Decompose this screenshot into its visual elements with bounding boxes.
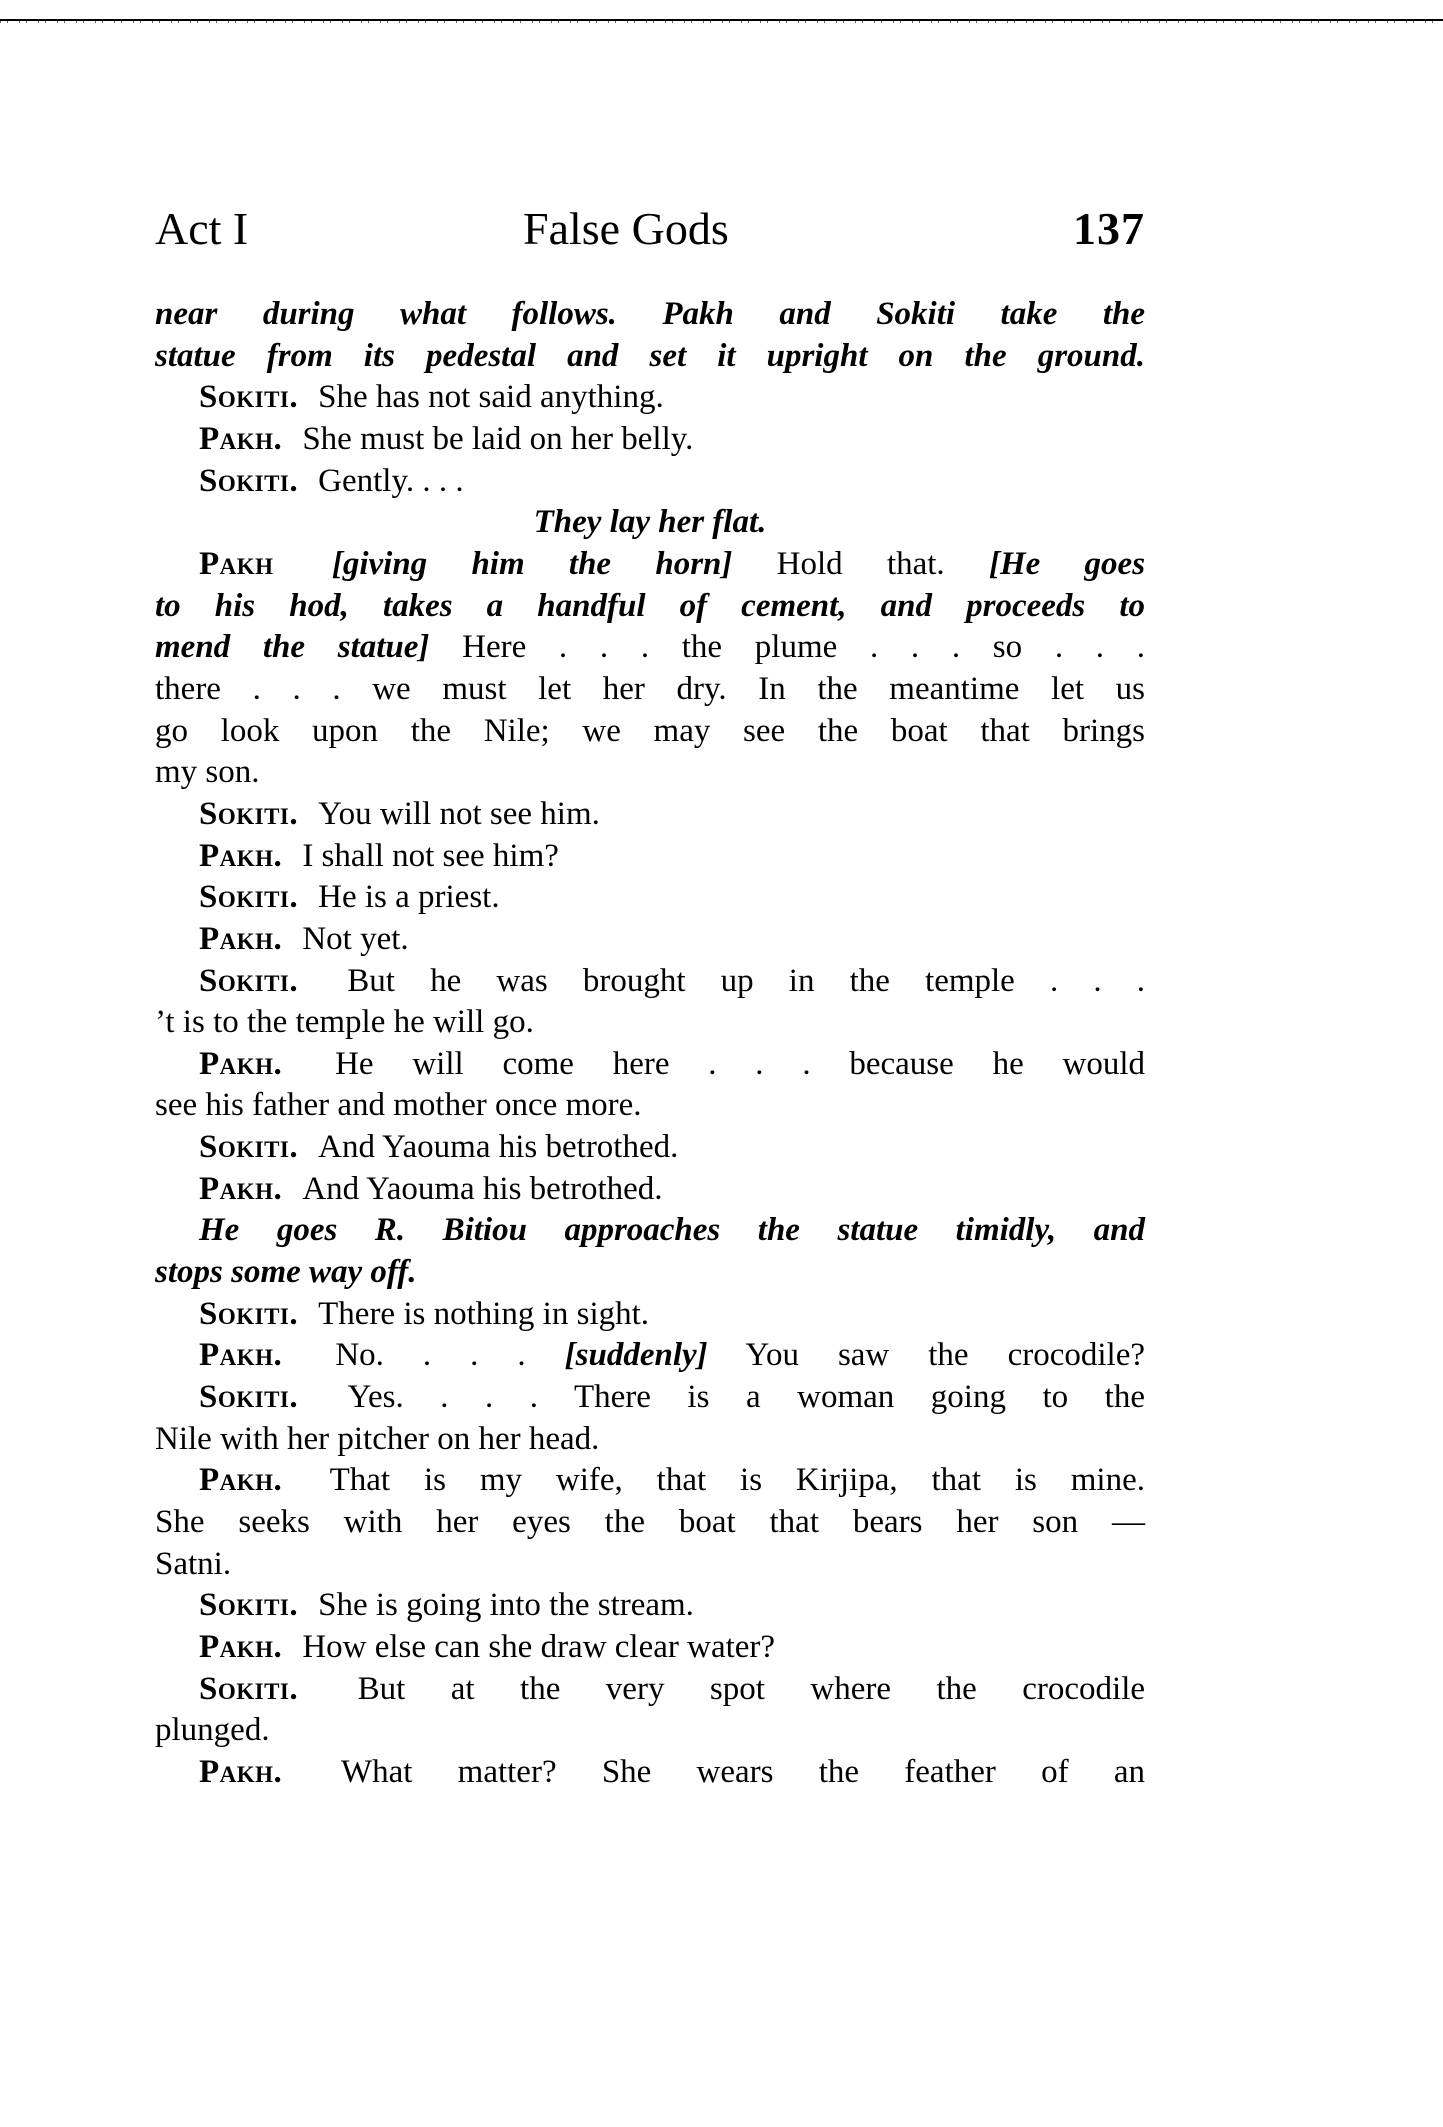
play-text: near during what follows. Pakh and Sokit… <box>155 294 1145 1794</box>
continuation-line: see his father and mother once more. <box>155 1085 1145 1127</box>
continuation-line: my son. <box>155 752 1145 794</box>
centered-stage-direction: They lay her flat. <box>155 502 1145 544</box>
stage-direction-line: stops some way off. <box>155 1252 1145 1294</box>
continuation-line: there . . . we must let her dry. In the … <box>155 669 1145 711</box>
scan-noise <box>0 21 1443 23</box>
dialogue-line: mend the statue] Here . . . the plume . … <box>155 627 1145 669</box>
speech-text: You will not see him. <box>318 796 600 832</box>
dialogue-line: Sokiti.And Yaouma his betrothed. <box>155 1127 1145 1169</box>
continuation-line: She seeks with her eyes the boat that be… <box>155 1502 1145 1544</box>
speaker-name: Sokiti. <box>199 1296 298 1332</box>
speech-text: What matter? She wears the feather of an <box>341 1754 1145 1790</box>
dialogue-line: Sokiti. Yes. . . . There is a woman goin… <box>155 1377 1145 1419</box>
speaker-name: Sokiti. <box>199 796 298 832</box>
dialogue-line: Pakh. He will come here . . . because he… <box>155 1044 1145 1086</box>
speech-text: He will come here . . . because he would <box>335 1046 1145 1082</box>
speech-text: She is going into the stream. <box>318 1587 694 1623</box>
speaker-name: Sokiti. <box>199 1129 298 1165</box>
speaker-name: Pakh. <box>199 1754 282 1790</box>
speaker-name: Sokiti. <box>199 463 298 499</box>
continuation-line: go look upon the Nile; we may see the bo… <box>155 711 1145 753</box>
speech-text: And Yaouma his betrothed. <box>318 1129 678 1165</box>
inline-direction: [suddenly] <box>565 1337 708 1373</box>
dialogue-line: Sokiti. But at the very spot where the c… <box>155 1669 1145 1711</box>
speech-text: Here . . . the plume . . . so . . . <box>462 629 1145 665</box>
inline-direction: mend the statue] <box>155 629 429 665</box>
continuation-line: ’t is to the temple he will go. <box>155 1002 1145 1044</box>
speaker-name: Sokiti. <box>199 879 298 915</box>
continuation-line: plunged. <box>155 1710 1145 1752</box>
dialogue-line: Sokiti. But he was brought up in the tem… <box>155 961 1145 1003</box>
continuation-line: Nile with her pitcher on her head. <box>155 1419 1145 1461</box>
speaker-name: Sokiti. <box>199 963 298 999</box>
speaker-name: Pakh. <box>199 1337 282 1373</box>
dialogue-line: Pakh.I shall not see him? <box>155 836 1145 878</box>
dialogue-line: Sokiti.He is a priest. <box>155 877 1145 919</box>
stage-direction-line: He goes R. Bitiou approaches the statue … <box>155 1210 1145 1252</box>
speech-text: How else can she draw clear water? <box>302 1629 775 1665</box>
speaker-name: Pakh. <box>199 421 282 457</box>
speech-text: And Yaouma his betrothed. <box>302 1171 662 1207</box>
speaker-name: Pakh. <box>199 1171 282 1207</box>
inline-direction: [He goes <box>989 546 1145 582</box>
speech-text: But at the very spot where the crocodile <box>358 1671 1145 1707</box>
dialogue-line: Sokiti.You will not see him. <box>155 794 1145 836</box>
speech-text: Gently. . . . <box>318 463 463 499</box>
dialogue-line: Sokiti.Gently. . . . <box>155 461 1145 503</box>
speaker-name: Sokiti. <box>199 1379 298 1415</box>
speaker-name: Pakh. <box>199 1462 282 1498</box>
speech-text: She must be laid on her belly. <box>302 421 693 457</box>
speaker-name: Pakh <box>199 546 274 582</box>
speech-text: She has not said anything. <box>318 379 664 415</box>
stage-direction-line: statue from its pedestal and set it upri… <box>155 336 1145 378</box>
continuation-line: Satni. <box>155 1544 1145 1586</box>
speech-text: You saw the crocodile? <box>745 1337 1145 1373</box>
speaker-name: Sokiti. <box>199 1671 298 1707</box>
speech-text: There is nothing in sight. <box>318 1296 649 1332</box>
inline-direction: [giving him the horn] <box>332 546 733 582</box>
speech-text: He is a priest. <box>318 879 499 915</box>
speech-text: No. . . . <box>335 1337 525 1373</box>
speech-text: Hold that. <box>777 546 945 582</box>
dialogue-line: Sokiti.She has not said anything. <box>155 377 1145 419</box>
speaker-name: Pakh. <box>199 1046 282 1082</box>
dialogue-line: Pakh.She must be laid on her belly. <box>155 419 1145 461</box>
speech-text: But he was brought up in the temple . . … <box>347 963 1145 999</box>
speech-text: That is my wife, that is Kirjipa, that i… <box>330 1462 1145 1498</box>
speaker-name: Pakh. <box>199 838 282 874</box>
dialogue-line: Sokiti.She is going into the stream. <box>155 1585 1145 1627</box>
dialogue-line: Pakh [giving him the horn] Hold that. [H… <box>155 544 1145 586</box>
speaker-name: Pakh. <box>199 1629 282 1665</box>
dialogue-line: Sokiti.There is nothing in sight. <box>155 1294 1145 1336</box>
speech-text: Yes. . . . There is a woman going to the <box>347 1379 1145 1415</box>
play-title: False Gods <box>523 204 729 254</box>
speech-text: I shall not see him? <box>302 838 559 874</box>
dialogue-line: Pakh.How else can she draw clear water? <box>155 1627 1145 1669</box>
running-head: Act I False Gods 137 <box>155 204 1145 254</box>
dialogue-line: Pakh. No. . . . [suddenly] You saw the c… <box>155 1335 1145 1377</box>
speaker-name: Sokiti. <box>199 379 298 415</box>
dialogue-line: Pakh. What matter? She wears the feather… <box>155 1752 1145 1794</box>
page-number: 137 <box>1073 204 1145 254</box>
dialogue-line: Pakh.Not yet. <box>155 919 1145 961</box>
speaker-name: Sokiti. <box>199 1587 298 1623</box>
stage-direction-line: to his hod, takes a handful of cement, a… <box>155 586 1145 628</box>
act-label: Act I <box>155 204 248 254</box>
speech-text: Not yet. <box>302 921 408 957</box>
stage-direction-line: near during what follows. Pakh and Sokit… <box>155 294 1145 336</box>
dialogue-line: Pakh.And Yaouma his betrothed. <box>155 1169 1145 1211</box>
dialogue-line: Pakh. That is my wife, that is Kirjipa, … <box>155 1460 1145 1502</box>
speaker-name: Pakh. <box>199 921 282 957</box>
